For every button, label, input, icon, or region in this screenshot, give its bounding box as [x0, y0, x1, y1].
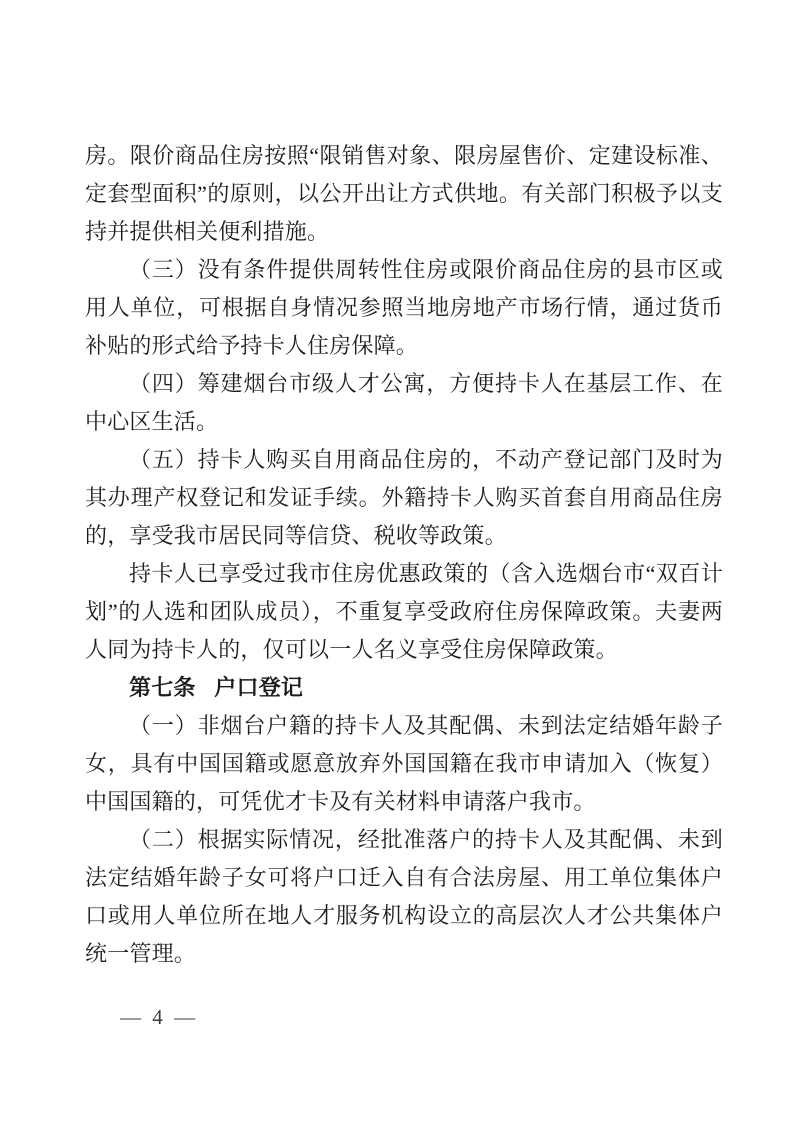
paragraph: （一）非烟台户籍的持卡人及其配偶、未到法定结婚年龄子女，具有中国国籍或愿意放弃外…: [85, 707, 723, 821]
paragraph: 房。限价商品住房按照“限销售对象、限房屋售价、定建设标准、定套型面积”的原则，以…: [85, 137, 723, 251]
paragraph: （二）根据实际情况，经批准落户的持卡人及其配偶、未到法定结婚年龄子女可将户口迁入…: [85, 821, 723, 973]
paragraph: （三）没有条件提供周转性住房或限价商品住房的县市区或用人单位，可根据自身情况参照…: [85, 251, 723, 365]
document-page: 房。限价商品住房按照“限销售对象、限房屋售价、定建设标准、定套型面积”的原则，以…: [0, 0, 799, 1131]
paragraph: （四）筹建烟台市级人才公寓，方便持卡人在基层工作、在中心区生活。: [85, 365, 723, 441]
document-body: 房。限价商品住房按照“限销售对象、限房屋售价、定建设标准、定套型面积”的原则，以…: [85, 137, 723, 973]
section-title: 户口登记: [214, 675, 303, 700]
section-heading: 第七条户口登记: [85, 669, 723, 707]
page-number: — 4 —: [120, 1002, 198, 1032]
paragraph: 持卡人已享受过我市住房优惠政策的（含入选烟台市“双百计划”的人选和团队成员），不…: [85, 555, 723, 669]
paragraph: （五）持卡人购买自用商品住房的，不动产登记部门及时为其办理产权登记和发证手续。外…: [85, 441, 723, 555]
section-number: 第七条: [129, 675, 196, 700]
